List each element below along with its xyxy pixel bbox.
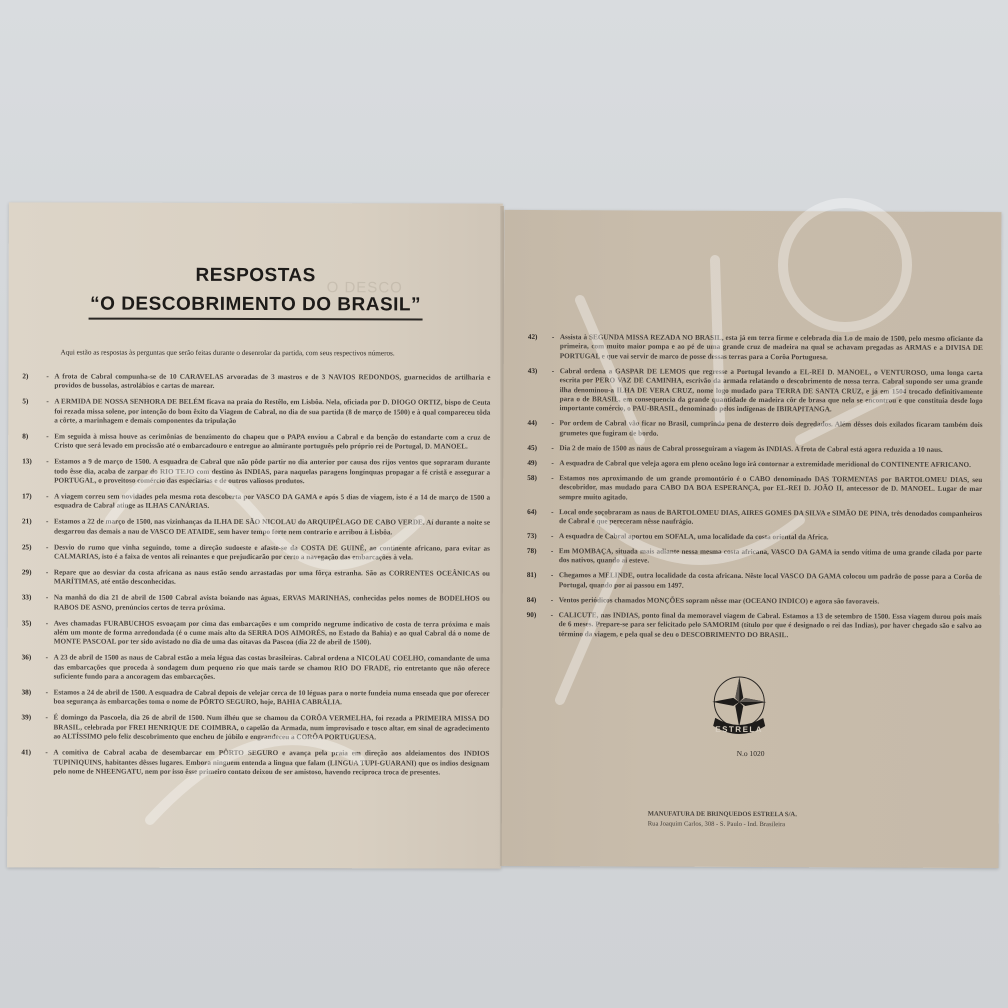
page-subtitle: “O DESCOBRIMENTO DO BRASIL” bbox=[88, 294, 423, 321]
answer-number: 78) bbox=[527, 547, 551, 566]
answer-dash: - bbox=[551, 532, 559, 541]
answer-text: Na manhã do dia 21 de abril de 1500 Cabr… bbox=[54, 594, 490, 614]
answer-dash: - bbox=[551, 420, 559, 439]
answer-dash: - bbox=[551, 508, 559, 527]
answer-text: Assista à SEGUNDA MISSA REZADA NO BRASIL… bbox=[560, 333, 983, 363]
answer-number: 39) bbox=[21, 714, 45, 742]
answer-text: Chegamos a MELINDE, outra localidade da … bbox=[559, 572, 982, 593]
answer-text: Estamos a 22 de março de 1500, nas vizin… bbox=[54, 518, 490, 538]
answer-dash: - bbox=[46, 689, 54, 708]
answer-text: Em MOMBAÇA, situada mais adiante nessa m… bbox=[559, 547, 982, 568]
answer-text: A viagem correu sem novidades pela mesma… bbox=[54, 493, 490, 513]
answer-item: 49)-A esquadra de Cabral que veleja agor… bbox=[527, 459, 982, 470]
answer-text: Local onde soçobraram as naus de BARTOLO… bbox=[559, 508, 982, 529]
answer-dash: - bbox=[552, 367, 560, 414]
answer-dash: - bbox=[46, 568, 54, 587]
answer-text: Aves chamadas FURABUCHOS esvoaçam por ci… bbox=[54, 619, 490, 648]
answer-item: 29)-Repare que ao desviar da costa afric… bbox=[22, 568, 490, 588]
answer-number: 5) bbox=[22, 398, 46, 426]
answers-list-left: 2)-A frota de Cabral compunha-se de 10 C… bbox=[21, 372, 490, 784]
answer-number: 84) bbox=[527, 596, 551, 606]
answer-number: 43) bbox=[528, 367, 552, 414]
answer-text: Ventos periódicos chamados MONÇÕES sopra… bbox=[559, 596, 982, 607]
answer-number: 21) bbox=[22, 518, 46, 537]
answer-number: 49) bbox=[527, 459, 551, 469]
answer-dash: - bbox=[551, 474, 559, 502]
answer-text: A ERMIDA DE NOSSA SENHORA DE BELÉM ficav… bbox=[54, 398, 490, 427]
answer-item: 64)-Local onde soçobraram as naus de BAR… bbox=[527, 508, 982, 529]
answer-number: 58) bbox=[527, 474, 551, 502]
right-page: 42)-Assista à SEGUNDA MISSA REZADA NO BR… bbox=[502, 210, 1002, 868]
answer-item: 39)-É domingo da Pascoela, dia 26 de abr… bbox=[21, 714, 489, 743]
answer-item: 73)-A esquadra de Cabral aportou em SOFA… bbox=[527, 532, 982, 543]
answer-number: 35) bbox=[22, 619, 46, 647]
answer-number: 33) bbox=[22, 594, 46, 613]
title-block: RESPOSTAS “O DESCOBRIMENTO DO BRASIL” bbox=[9, 264, 503, 320]
item-number: N.o 1020 bbox=[502, 748, 999, 759]
answer-item: 2)-A frota de Cabral compunha-se de 10 C… bbox=[22, 372, 490, 392]
answer-item: 84)-Ventos periódicos chamados MONÇÕES s… bbox=[527, 596, 982, 607]
answer-item: 8)-Em seguida à missa houve as cerimônia… bbox=[22, 432, 490, 452]
answer-dash: - bbox=[46, 654, 54, 682]
answer-number: 90) bbox=[527, 611, 551, 639]
answer-item: 25)-Desvio do rumo que vinha seguindo, t… bbox=[22, 543, 490, 563]
answer-number: 41) bbox=[21, 748, 45, 776]
answer-number: 8) bbox=[22, 432, 46, 451]
answer-dash: - bbox=[45, 749, 53, 777]
answer-text: A esquadra de Cabral aportou em SOFALA, … bbox=[559, 532, 982, 543]
answer-number: 2) bbox=[22, 372, 46, 391]
answer-text: A 23 de abril de 1500 as naus de Cabral … bbox=[54, 654, 490, 683]
answer-text: Dia 2 de maio de 1500 as naus de Cabral … bbox=[559, 444, 982, 455]
answer-number: 81) bbox=[527, 571, 551, 590]
answer-text: A frota de Cabral compunha-se de 10 CARA… bbox=[54, 372, 490, 392]
answer-text: A comitiva de Cabral acaba de desembarca… bbox=[53, 749, 489, 778]
answer-text: A esquadra de Cabral que veleja agora em… bbox=[559, 459, 982, 470]
answer-dash: - bbox=[551, 444, 559, 453]
logo-label: ESTRELA bbox=[715, 725, 763, 734]
answer-number: 13) bbox=[22, 458, 46, 486]
answer-item: 36)-A 23 de abril de 1500 as naus de Cab… bbox=[22, 654, 490, 683]
answer-number: 25) bbox=[22, 543, 46, 562]
answer-text: Em seguida à missa houve as cerimônias d… bbox=[54, 433, 490, 453]
answer-dash: - bbox=[46, 493, 54, 512]
compass-star-icon: ESTRELA bbox=[709, 674, 769, 742]
answer-item: 5)-A ERMIDA DE NOSSA SENHORA DE BELÉM fi… bbox=[22, 398, 490, 427]
answer-dash: - bbox=[46, 458, 54, 486]
answer-number: 64) bbox=[527, 508, 551, 527]
answer-number: 38) bbox=[22, 688, 46, 707]
answer-dash: - bbox=[46, 398, 54, 426]
answer-text: Por ordem de Cabral vão ficar no Brasil,… bbox=[559, 420, 982, 441]
answer-dash: - bbox=[551, 572, 559, 591]
answer-dash: - bbox=[46, 432, 54, 451]
answer-number: 36) bbox=[22, 654, 46, 682]
answer-text: CALICUTE, nas INDIAS, ponto final da mem… bbox=[559, 611, 982, 641]
answer-dash: - bbox=[46, 619, 54, 647]
answer-number: 44) bbox=[527, 419, 551, 438]
answer-number: 17) bbox=[22, 492, 46, 511]
answer-item: 58)-Estamos nos aproximando de um grande… bbox=[527, 474, 982, 504]
answer-item: 35)-Aves chamadas FURABUCHOS esvoaçam po… bbox=[22, 619, 490, 648]
answer-number: 42) bbox=[528, 333, 552, 361]
answer-dash: - bbox=[551, 459, 559, 468]
answer-dash: - bbox=[46, 594, 54, 613]
answer-item: 13)-Estamos a 9 de março de 1500. A esqu… bbox=[22, 458, 490, 487]
answer-number: 45) bbox=[527, 444, 551, 454]
answer-item: 42)-Assista à SEGUNDA MISSA REZADA NO BR… bbox=[528, 333, 983, 363]
answer-dash: - bbox=[552, 333, 560, 361]
answer-text: Estamos a 24 de abril de 1500. A esquadr… bbox=[54, 689, 490, 709]
left-page: O DESCO RESPOSTAS “O DESCOBRIMENTO DO BR… bbox=[7, 202, 503, 868]
answer-dash: - bbox=[551, 547, 559, 566]
intro-paragraph: Aqui estão as respostas às perguntas que… bbox=[24, 348, 488, 359]
publisher-name: MANUFATURA DE BRINQUEDOS ESTRELA S/A. bbox=[648, 810, 797, 821]
publisher-footer: MANUFATURA DE BRINQUEDOS ESTRELA S/A. Ru… bbox=[648, 810, 797, 831]
answer-item: 45)-Dia 2 de maio de 1500 as naus de Cab… bbox=[527, 444, 982, 455]
answer-item: 17)-A viagem correu sem novidades pela m… bbox=[22, 492, 490, 512]
answer-item: 90)-CALICUTE, nas INDIAS, ponto final da… bbox=[527, 611, 982, 641]
answer-dash: - bbox=[46, 372, 54, 391]
publisher-address: Rua Joaquim Carlos, 308 - S. Paulo - Ind… bbox=[648, 820, 797, 831]
answer-dash: - bbox=[551, 596, 559, 605]
answer-item: 44)-Por ordem de Cabral vão ficar no Bra… bbox=[527, 419, 982, 440]
answers-list-right: 42)-Assista à SEGUNDA MISSA REZADA NO BR… bbox=[527, 333, 983, 647]
answer-dash: - bbox=[551, 611, 559, 639]
answer-number: 29) bbox=[22, 568, 46, 587]
answer-text: Desvio do rumo que vinha seguindo, tome … bbox=[54, 543, 490, 563]
answer-dash: - bbox=[45, 714, 53, 742]
answer-dash: - bbox=[46, 518, 54, 537]
answer-item: 81)-Chegamos a MELINDE, outra localidade… bbox=[527, 571, 982, 592]
answer-text: É domingo da Pascoela, dia 26 de abril d… bbox=[53, 714, 489, 743]
answer-item: 33)-Na manhã do dia 21 de abril de 1500 … bbox=[22, 594, 490, 614]
answer-item: 41)-A comitiva de Cabral acaba de desemb… bbox=[21, 748, 489, 777]
answer-dash: - bbox=[46, 543, 54, 562]
answer-text: Repare que ao desviar da costa africana … bbox=[54, 568, 490, 588]
answer-item: 21)-Estamos a 22 de março de 1500, nas v… bbox=[22, 518, 490, 538]
answer-text: Cabral ordena a GASPAR DE LEMOS que regr… bbox=[560, 367, 983, 416]
answer-item: 38)-Estamos a 24 de abril de 1500. A esq… bbox=[22, 688, 490, 708]
answer-item: 43)-Cabral ordena a GASPAR DE LEMOS que … bbox=[528, 367, 983, 416]
answer-item: 78)-Em MOMBAÇA, situada mais adiante nes… bbox=[527, 547, 982, 568]
answer-number: 73) bbox=[527, 532, 551, 542]
page-title: RESPOSTAS bbox=[9, 264, 503, 287]
answer-text: Estamos nos aproximando de um grande pro… bbox=[559, 474, 982, 504]
answer-text: Estamos a 9 de março de 1500. A esquadra… bbox=[54, 458, 490, 487]
